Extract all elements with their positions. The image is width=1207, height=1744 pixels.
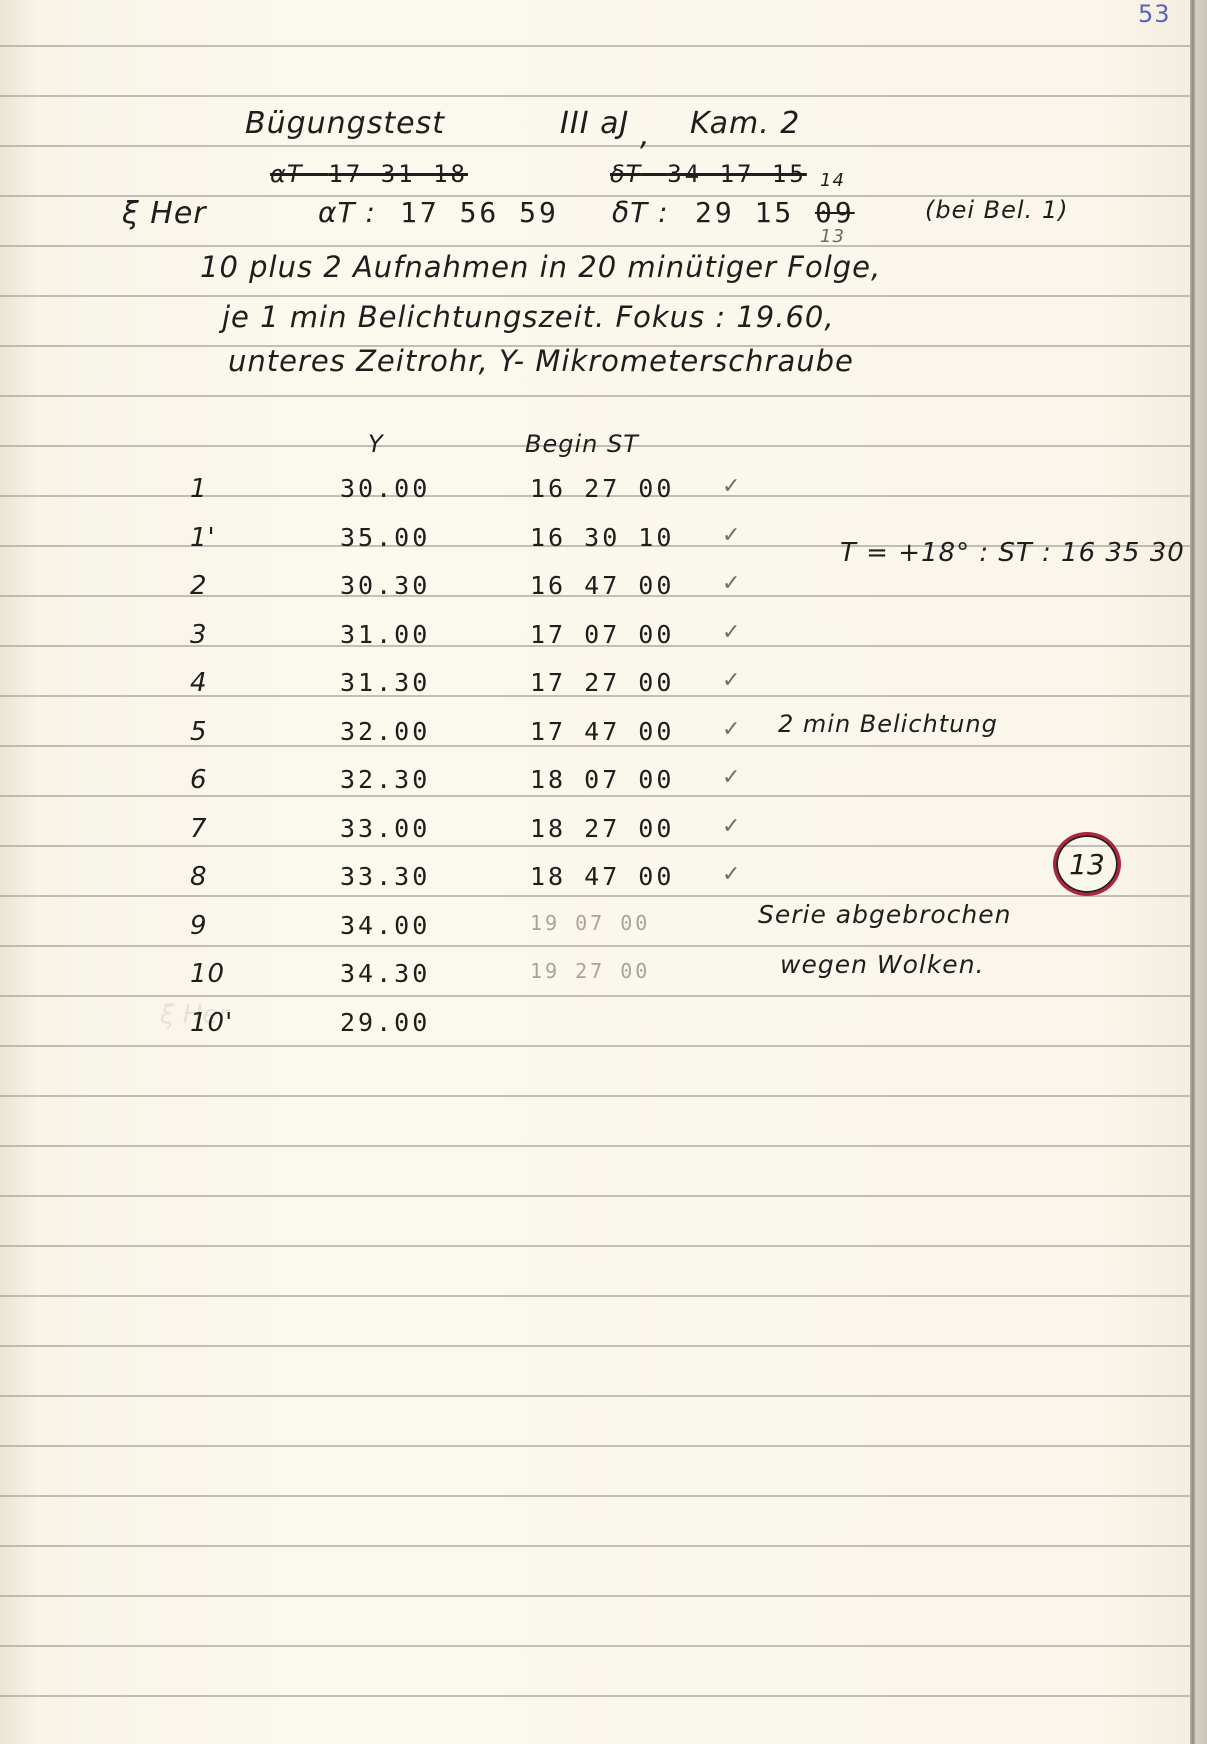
row-number: 2 bbox=[190, 571, 208, 601]
delta-label: δT : bbox=[612, 196, 669, 229]
ruled-line bbox=[0, 1295, 1190, 1297]
row-y-value: 31.00 bbox=[340, 620, 430, 649]
ruled-line bbox=[0, 95, 1190, 97]
delta-seconds-struck: 09 bbox=[815, 196, 855, 229]
row-begin-st: 19 07 00 bbox=[530, 911, 650, 935]
ruled-line bbox=[0, 795, 1190, 797]
row-y-value: 34.00 bbox=[340, 911, 430, 940]
row-begin-st: 17 47 00 bbox=[530, 717, 674, 746]
heading-title: Bügungstest bbox=[245, 106, 445, 141]
ruled-line bbox=[0, 1595, 1190, 1597]
delta-correction-above: 14 bbox=[820, 170, 845, 191]
ruled-line bbox=[0, 1495, 1190, 1497]
ruled-line bbox=[0, 1695, 1190, 1697]
alpha-label: αT : bbox=[318, 196, 376, 229]
row-y-value: 32.30 bbox=[340, 765, 430, 794]
ruled-line bbox=[0, 1445, 1190, 1447]
row-number: 3 bbox=[190, 620, 208, 650]
ruled-line bbox=[0, 295, 1190, 297]
check-mark-icon: ✓ bbox=[722, 668, 741, 693]
abort-note-line-2: wegen Wolken. bbox=[780, 950, 984, 979]
row-number: 1 bbox=[190, 474, 208, 504]
row-number: 1' bbox=[190, 523, 216, 553]
row-number: 6 bbox=[190, 765, 208, 795]
row-begin-st: 16 47 00 bbox=[530, 571, 674, 600]
check-mark-icon: ✓ bbox=[722, 814, 741, 839]
row-number: 9 bbox=[190, 911, 208, 941]
ruled-line bbox=[0, 895, 1190, 897]
ruled-line bbox=[0, 1095, 1190, 1097]
check-mark-icon: ✓ bbox=[722, 765, 741, 790]
ruled-line bbox=[0, 1345, 1190, 1347]
row-y-value: 31.30 bbox=[340, 668, 430, 697]
row-begin-st: 17 07 00 bbox=[530, 620, 674, 649]
struck-delta: δT 34 17 15 bbox=[610, 160, 807, 188]
row-begin-st: 18 27 00 bbox=[530, 814, 674, 843]
ruled-line bbox=[0, 1645, 1190, 1647]
row-y-value: 30.00 bbox=[340, 474, 430, 503]
ruled-line bbox=[0, 995, 1190, 997]
row-y-value: 32.00 bbox=[340, 717, 430, 746]
row-y-value: 33.00 bbox=[340, 814, 430, 843]
ruled-line bbox=[0, 1395, 1190, 1397]
struck-alpha: αT 17 31 18 bbox=[270, 160, 468, 188]
row-begin-st: 18 47 00 bbox=[530, 862, 674, 891]
check-mark-icon: ✓ bbox=[722, 571, 741, 596]
delta-correction-below: 13 bbox=[820, 226, 845, 247]
row-y-value: 30.30 bbox=[340, 571, 430, 600]
row-number: 10 bbox=[190, 959, 225, 989]
row-begin-st: 19 27 00 bbox=[530, 959, 650, 983]
check-mark-icon: ✓ bbox=[722, 474, 741, 499]
row-begin-st: 17 27 00 bbox=[530, 668, 674, 697]
heading-camera: Kam. 2 bbox=[690, 106, 800, 141]
star-name: ξ Her bbox=[122, 196, 207, 231]
row-y-value: 35.00 bbox=[340, 523, 430, 552]
row-y-value: 34.30 bbox=[340, 959, 430, 988]
check-mark-icon: ✓ bbox=[722, 717, 741, 742]
temperature-note: T = +18° : ST : 16 35 30 bbox=[840, 538, 1185, 568]
description-line-2: je 1 min Belichtungszeit. Fokus : 19.60, bbox=[222, 300, 835, 334]
delta-value: 29 15 bbox=[695, 196, 794, 229]
row-begin-st: 18 07 00 bbox=[530, 765, 674, 794]
ruled-line bbox=[0, 395, 1190, 397]
row-begin-st: 16 27 00 bbox=[530, 474, 674, 503]
row-number: 4 bbox=[190, 668, 208, 698]
column-header-y: Y bbox=[368, 430, 384, 458]
description-line-3: unteres Zeitrohr, Y- Mikrometerschraube bbox=[228, 344, 854, 378]
ruled-line bbox=[0, 1195, 1190, 1197]
exposure-note: 2 min Belichtung bbox=[778, 710, 998, 738]
check-mark-icon: ✓ bbox=[722, 523, 741, 548]
exposure-ref-note: (bei Bel. 1) bbox=[925, 196, 1068, 224]
page-number: 53 bbox=[1138, 0, 1171, 28]
row-number: 5 bbox=[190, 717, 208, 747]
row-begin-st: 16 30 10 bbox=[530, 523, 674, 552]
notebook-spine bbox=[1190, 0, 1207, 1744]
description-line-1: 10 plus 2 Aufnahmen in 20 minütiger Folg… bbox=[200, 250, 881, 284]
ruled-line bbox=[0, 245, 1190, 247]
row-number: 10' bbox=[190, 1008, 233, 1038]
abort-note-line-1: Serie abgebrochen bbox=[758, 900, 1012, 929]
ruled-line bbox=[0, 145, 1190, 147]
heading-instrument: III aJ bbox=[560, 106, 629, 141]
row-y-value: 33.30 bbox=[340, 862, 430, 891]
ruled-line bbox=[0, 945, 1190, 947]
column-header-begin-st: Begin ST bbox=[525, 430, 639, 458]
alpha-value: 17 56 59 bbox=[400, 196, 559, 229]
ruled-line bbox=[0, 1545, 1190, 1547]
check-mark-icon: ✓ bbox=[722, 620, 741, 645]
ruled-line bbox=[0, 1045, 1190, 1047]
row-number: 7 bbox=[190, 814, 208, 844]
ruled-line bbox=[0, 1145, 1190, 1147]
row-y-value: 29.00 bbox=[340, 1008, 430, 1037]
ruled-line bbox=[0, 45, 1190, 47]
ruled-line bbox=[0, 1245, 1190, 1247]
circled-number: 13 bbox=[1053, 832, 1121, 896]
check-mark-icon: ✓ bbox=[722, 862, 741, 887]
row-number: 8 bbox=[190, 862, 208, 892]
ruled-line bbox=[0, 845, 1190, 847]
